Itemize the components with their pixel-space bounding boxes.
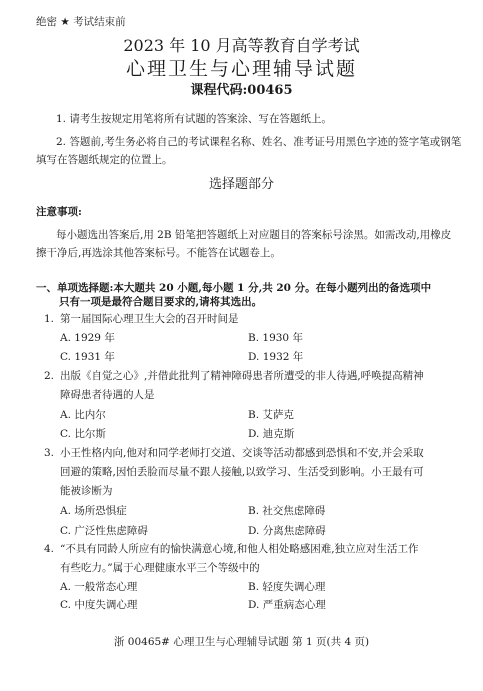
option-b: B. 1930 年 <box>248 333 303 344</box>
notice-line-1: 每小题选出答案后,用 2B 铅笔把答题纸上对应题目的答案标号涂黑。如需改动,用橡… <box>56 230 451 241</box>
option-b: B. 社交焦虑障碍 <box>248 506 325 517</box>
option-d: D. 迪克斯 <box>248 429 294 440</box>
option-a: A. 场所恐惧症 <box>60 506 127 517</box>
option-d: D. 1932 年 <box>248 352 303 363</box>
option-c: C. 中度失调心理 <box>60 600 137 611</box>
instruction-1: 1. 请考生按规定用笔将所有试题的答案涂、写在答题纸上。 <box>56 114 332 125</box>
question-number: 3. <box>44 448 54 459</box>
option-d: D. 分离焦虑障碍 <box>248 526 326 537</box>
question-number: 4. <box>44 544 54 555</box>
question-text: “不具有同龄人所应有的愉快满意心境,和他人相处略感困难,独立应对生活工作 <box>60 544 419 555</box>
option-b: B. 轻度失调心理 <box>248 582 325 593</box>
option-c: C. 比尔斯 <box>60 429 106 440</box>
notice-line-2: 擦干净后,再选涂其他答案标号。不能答在试题卷上。 <box>36 248 281 259</box>
part1-heading-cont: 只有一项是最符合题目要求的,请将其选出。 <box>59 297 262 308</box>
instruction-2: 2. 答题前,考生务必将自己的考试课程名称、姓名、准考证号用黑色字迹的签字笔或钢… <box>56 137 461 148</box>
confidential-label: 绝密 ★ 考试结束前 <box>36 17 126 28</box>
page-title: 心理卫生与心理辅导试题 <box>0 60 483 79</box>
option-d: D. 严重病态心理 <box>248 600 326 611</box>
question-number: 2. <box>44 371 54 382</box>
instruction-2-cont: 填写在答题纸规定的位置上。 <box>36 155 173 166</box>
question-text-cont: 障碍患者待遇的人是 <box>60 390 155 401</box>
option-c: C. 1931 年 <box>60 352 115 363</box>
notice-label: 注意事项: <box>36 207 82 218</box>
section-title: 选择题部分 <box>0 178 483 191</box>
option-a: A. 一般常态心理 <box>60 582 137 593</box>
part1-heading: 一、单项选择题:本大题共 20 小题,每小题 1 分,共 20 分。在每小题列出… <box>36 283 431 294</box>
exam-title-line: 2023 年 10 月高等教育自学考试 <box>0 38 483 54</box>
course-code: 课程代码:00465 <box>0 84 483 97</box>
option-b: B. 艾萨克 <box>248 410 294 421</box>
option-a: A. 1929 年 <box>60 333 115 344</box>
question-text: 出版《自觉之心》,并借此批判了精神障碍患者所遭受的非人待遇,呼唤提高精神 <box>60 371 424 382</box>
question-text: 小王性格内向,他对和同学老师打交道、交谈等活动都感到恐惧和不安,并会采取 <box>60 448 424 459</box>
question-text-cont: 回避的策略,因怕丢脸而尽量不跟人接触,以致学习、生活受到影响。小王最有可 <box>60 467 424 478</box>
page-footer: 浙 00465# 心理卫生与心理辅导试题 第 1 页(共 4 页) <box>0 637 483 648</box>
question-number: 1. <box>44 314 54 325</box>
option-c: C. 广泛性焦虑障碍 <box>60 526 148 537</box>
option-a: A. 比内尔 <box>60 410 106 421</box>
question-text-cont: 能被诊断为 <box>60 486 113 497</box>
question-text-cont: 有些吃力。”属于心理健康水平三个等级中的 <box>60 563 260 574</box>
question-text: 第一届国际心理卫生大会的召开时间是 <box>60 314 239 325</box>
